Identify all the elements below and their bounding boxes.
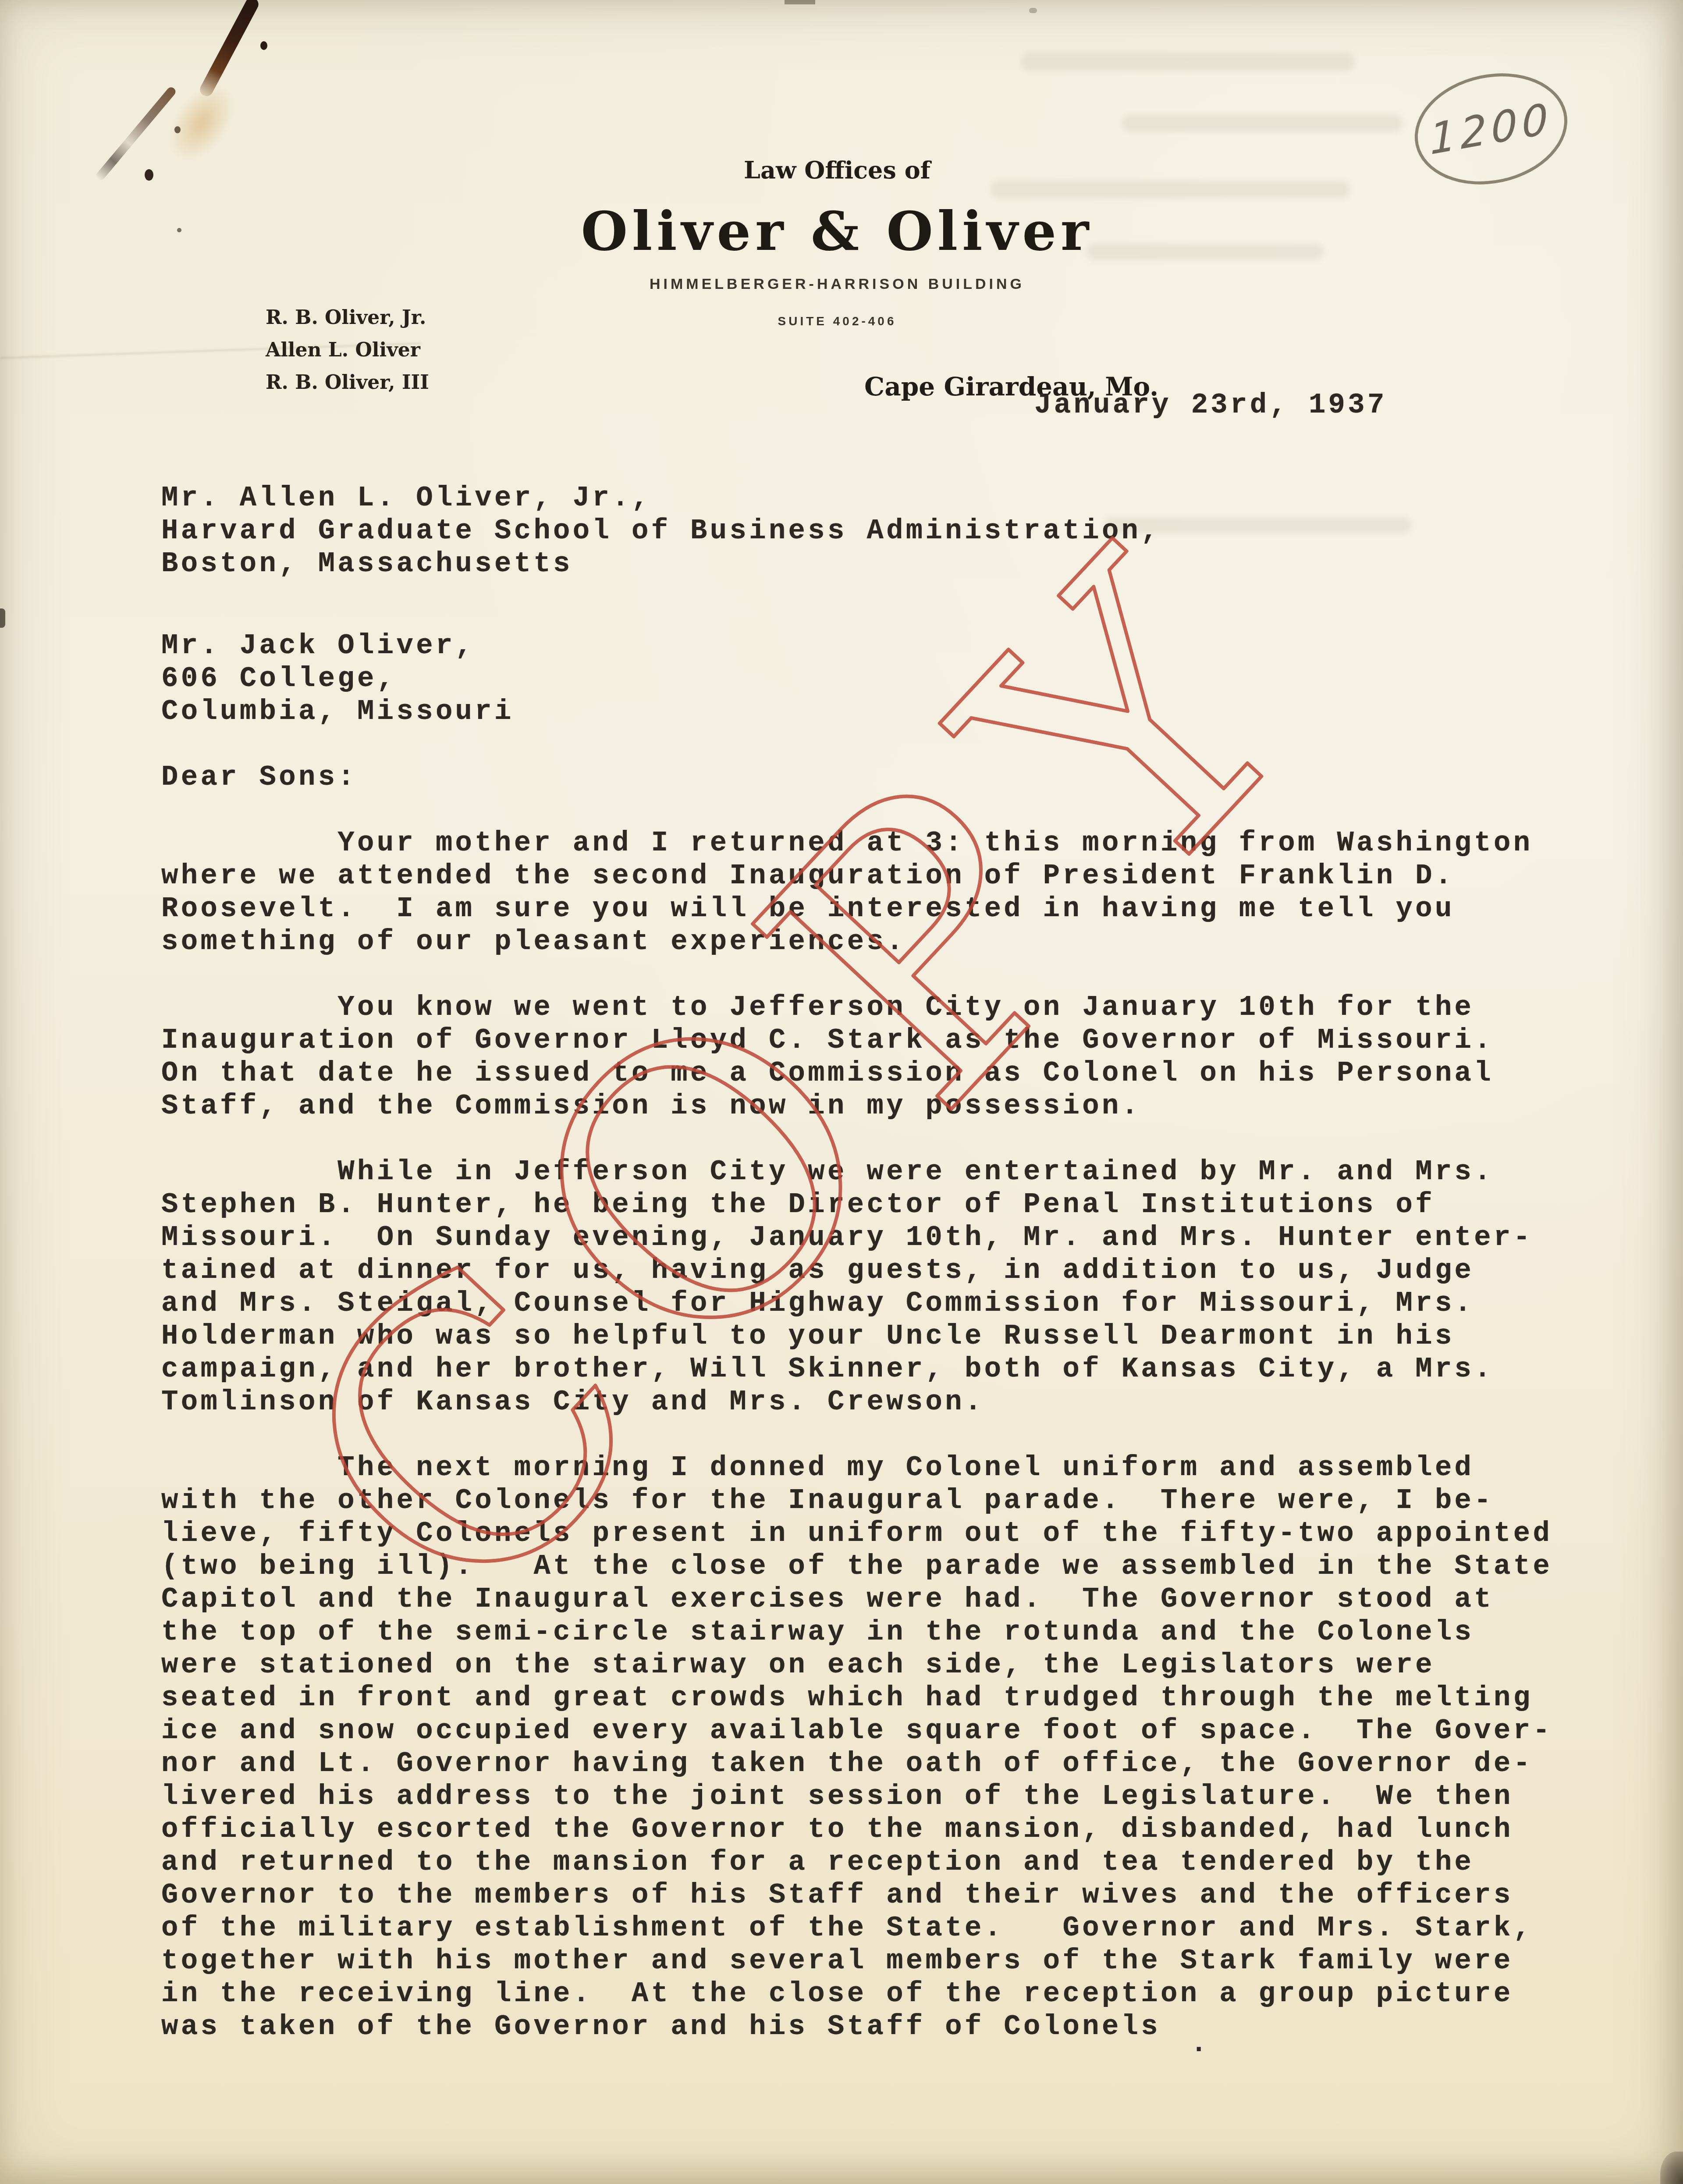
letterhead-suite: SUITE 402-406 xyxy=(0,314,1679,329)
letter-page: Law Offices of Oliver & Oliver HIMMELBER… xyxy=(0,0,1683,2184)
paragraph-1: Your mother and I returned at 3: this mo… xyxy=(161,827,1533,959)
circled-number: 1200 xyxy=(1429,97,1553,161)
bleedthrough-smudge xyxy=(991,181,1350,198)
scan-edge-mark xyxy=(785,0,815,4)
attorney-name: R. B. Oliver, III xyxy=(266,366,429,399)
bleedthrough-smudge xyxy=(1122,115,1402,132)
letterhead-firm-name: Oliver & Oliver xyxy=(0,203,1679,260)
letterhead-building: HIMMELBERGER-HARRISON BUILDING xyxy=(0,275,1679,293)
letter-date: January 23rd, 1937 xyxy=(1034,389,1387,422)
salutation: Dear Sons: xyxy=(161,761,357,794)
ink-speck xyxy=(174,126,181,133)
ink-speck xyxy=(260,41,267,50)
paragraph-4: The next morning I donned my Colonel uni… xyxy=(161,1452,1552,2044)
rust-stain-upper xyxy=(198,0,261,98)
left-edge-mark xyxy=(0,608,5,628)
bleedthrough-smudge xyxy=(1021,53,1354,71)
attorney-name: Allen L. Oliver xyxy=(266,334,429,366)
paragraph-3: While in Jefferson City we were entertai… xyxy=(161,1156,1533,1419)
attorney-list: R. B. Oliver, Jr. Allen L. Oliver R. B. … xyxy=(266,302,429,399)
attorney-name: R. B. Oliver, Jr. xyxy=(266,302,429,334)
recipient-address-primary: Mr. Allen L. Oliver, Jr., Harvard Gradua… xyxy=(161,482,1161,581)
corner-shadow xyxy=(1660,2152,1683,2184)
recipient-address-secondary: Mr. Jack Oliver, 606 College, Columbia, … xyxy=(161,630,514,729)
stray-period-mark: . xyxy=(1190,2028,1207,2061)
scan-edge-mark xyxy=(1029,8,1037,13)
paragraph-2: You know we went to Jefferson City on Ja… xyxy=(161,992,1494,1123)
